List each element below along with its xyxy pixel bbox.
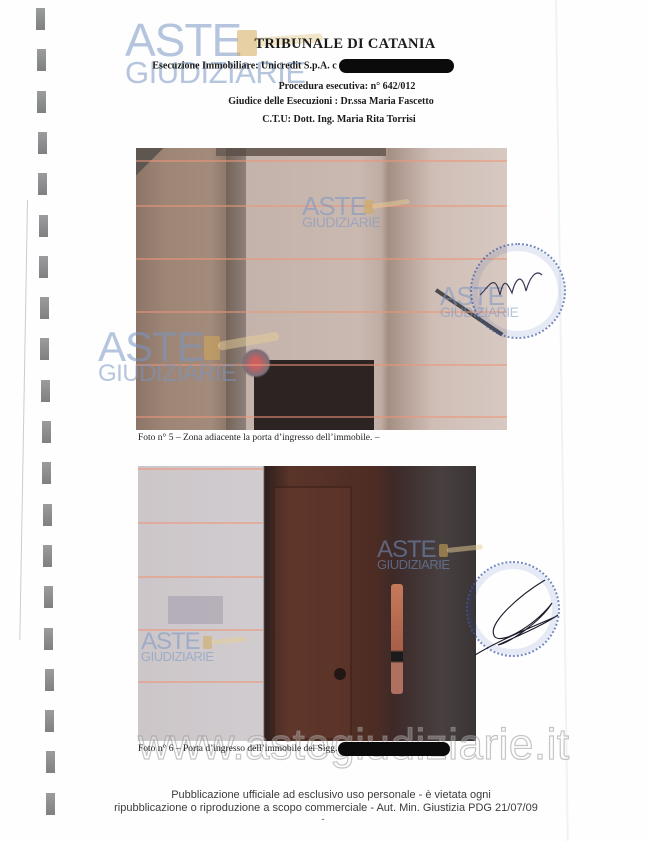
binding-hole	[42, 462, 51, 484]
execution-text: Esecuzione Immobiliare: Unicredit S.p.A.…	[152, 60, 336, 71]
execution-line: Esecuzione Immobiliare: Unicredit S.p.A.…	[0, 59, 628, 73]
binding-hole	[40, 297, 49, 319]
document-title: TRIBUNALE DI CATANIA	[20, 36, 650, 53]
signature-icon	[470, 255, 560, 315]
binding-hole	[38, 173, 47, 195]
binding-hole	[44, 628, 53, 650]
binding-hole	[45, 710, 54, 732]
binding-hole	[36, 8, 45, 30]
binding-hole	[45, 669, 54, 691]
binding-hole	[41, 380, 50, 402]
binding-hole	[46, 751, 55, 773]
binding-hole	[44, 586, 53, 608]
signature-icon	[470, 565, 565, 660]
binding-hole	[38, 132, 47, 154]
binding-hole	[40, 338, 49, 360]
ctu-line: C.T.U: Dott. Ing. Maria Rita Torrisi	[14, 114, 650, 125]
binding-hole	[42, 421, 51, 443]
footer-notice-line-2: ripubblicazione o riproduzione a scopo c…	[1, 802, 650, 814]
photo-entrance-door	[138, 466, 476, 741]
footer-dash: -	[0, 814, 648, 824]
binding-hole	[43, 504, 52, 526]
page-edge-line	[555, 0, 569, 841]
redaction-bar	[339, 59, 454, 73]
photo-hallway	[136, 148, 507, 430]
photo-caption: Foto n° 5 – Zona adiacente la porta d’in…	[138, 433, 380, 443]
document-page: ASTE GIUDIZIARIE TRIBUNALE DI CATANIA Es…	[0, 0, 650, 841]
binding-hole	[39, 215, 48, 237]
binding-hole	[39, 256, 48, 278]
page-edge-line	[19, 200, 28, 640]
watermark-logo: ASTE GIUDIZIARIE	[125, 22, 306, 85]
footer-notice-line-1: Pubblicazione ufficiale ad esclusivo uso…	[6, 789, 650, 801]
binding-hole	[43, 545, 52, 567]
judge-line: Giudice delle Esecuzioni : Dr.ssa Maria …	[6, 96, 650, 107]
photo-caption: Foto n° 6 – Porta d’ingresso dell’immobi…	[138, 742, 450, 756]
photo-caption-text: Foto n° 6 – Porta d’ingresso dell’immobi…	[138, 744, 337, 754]
procedure-line: Procedura esecutiva: n° 642/012	[22, 81, 650, 92]
redaction-bar	[338, 742, 450, 756]
